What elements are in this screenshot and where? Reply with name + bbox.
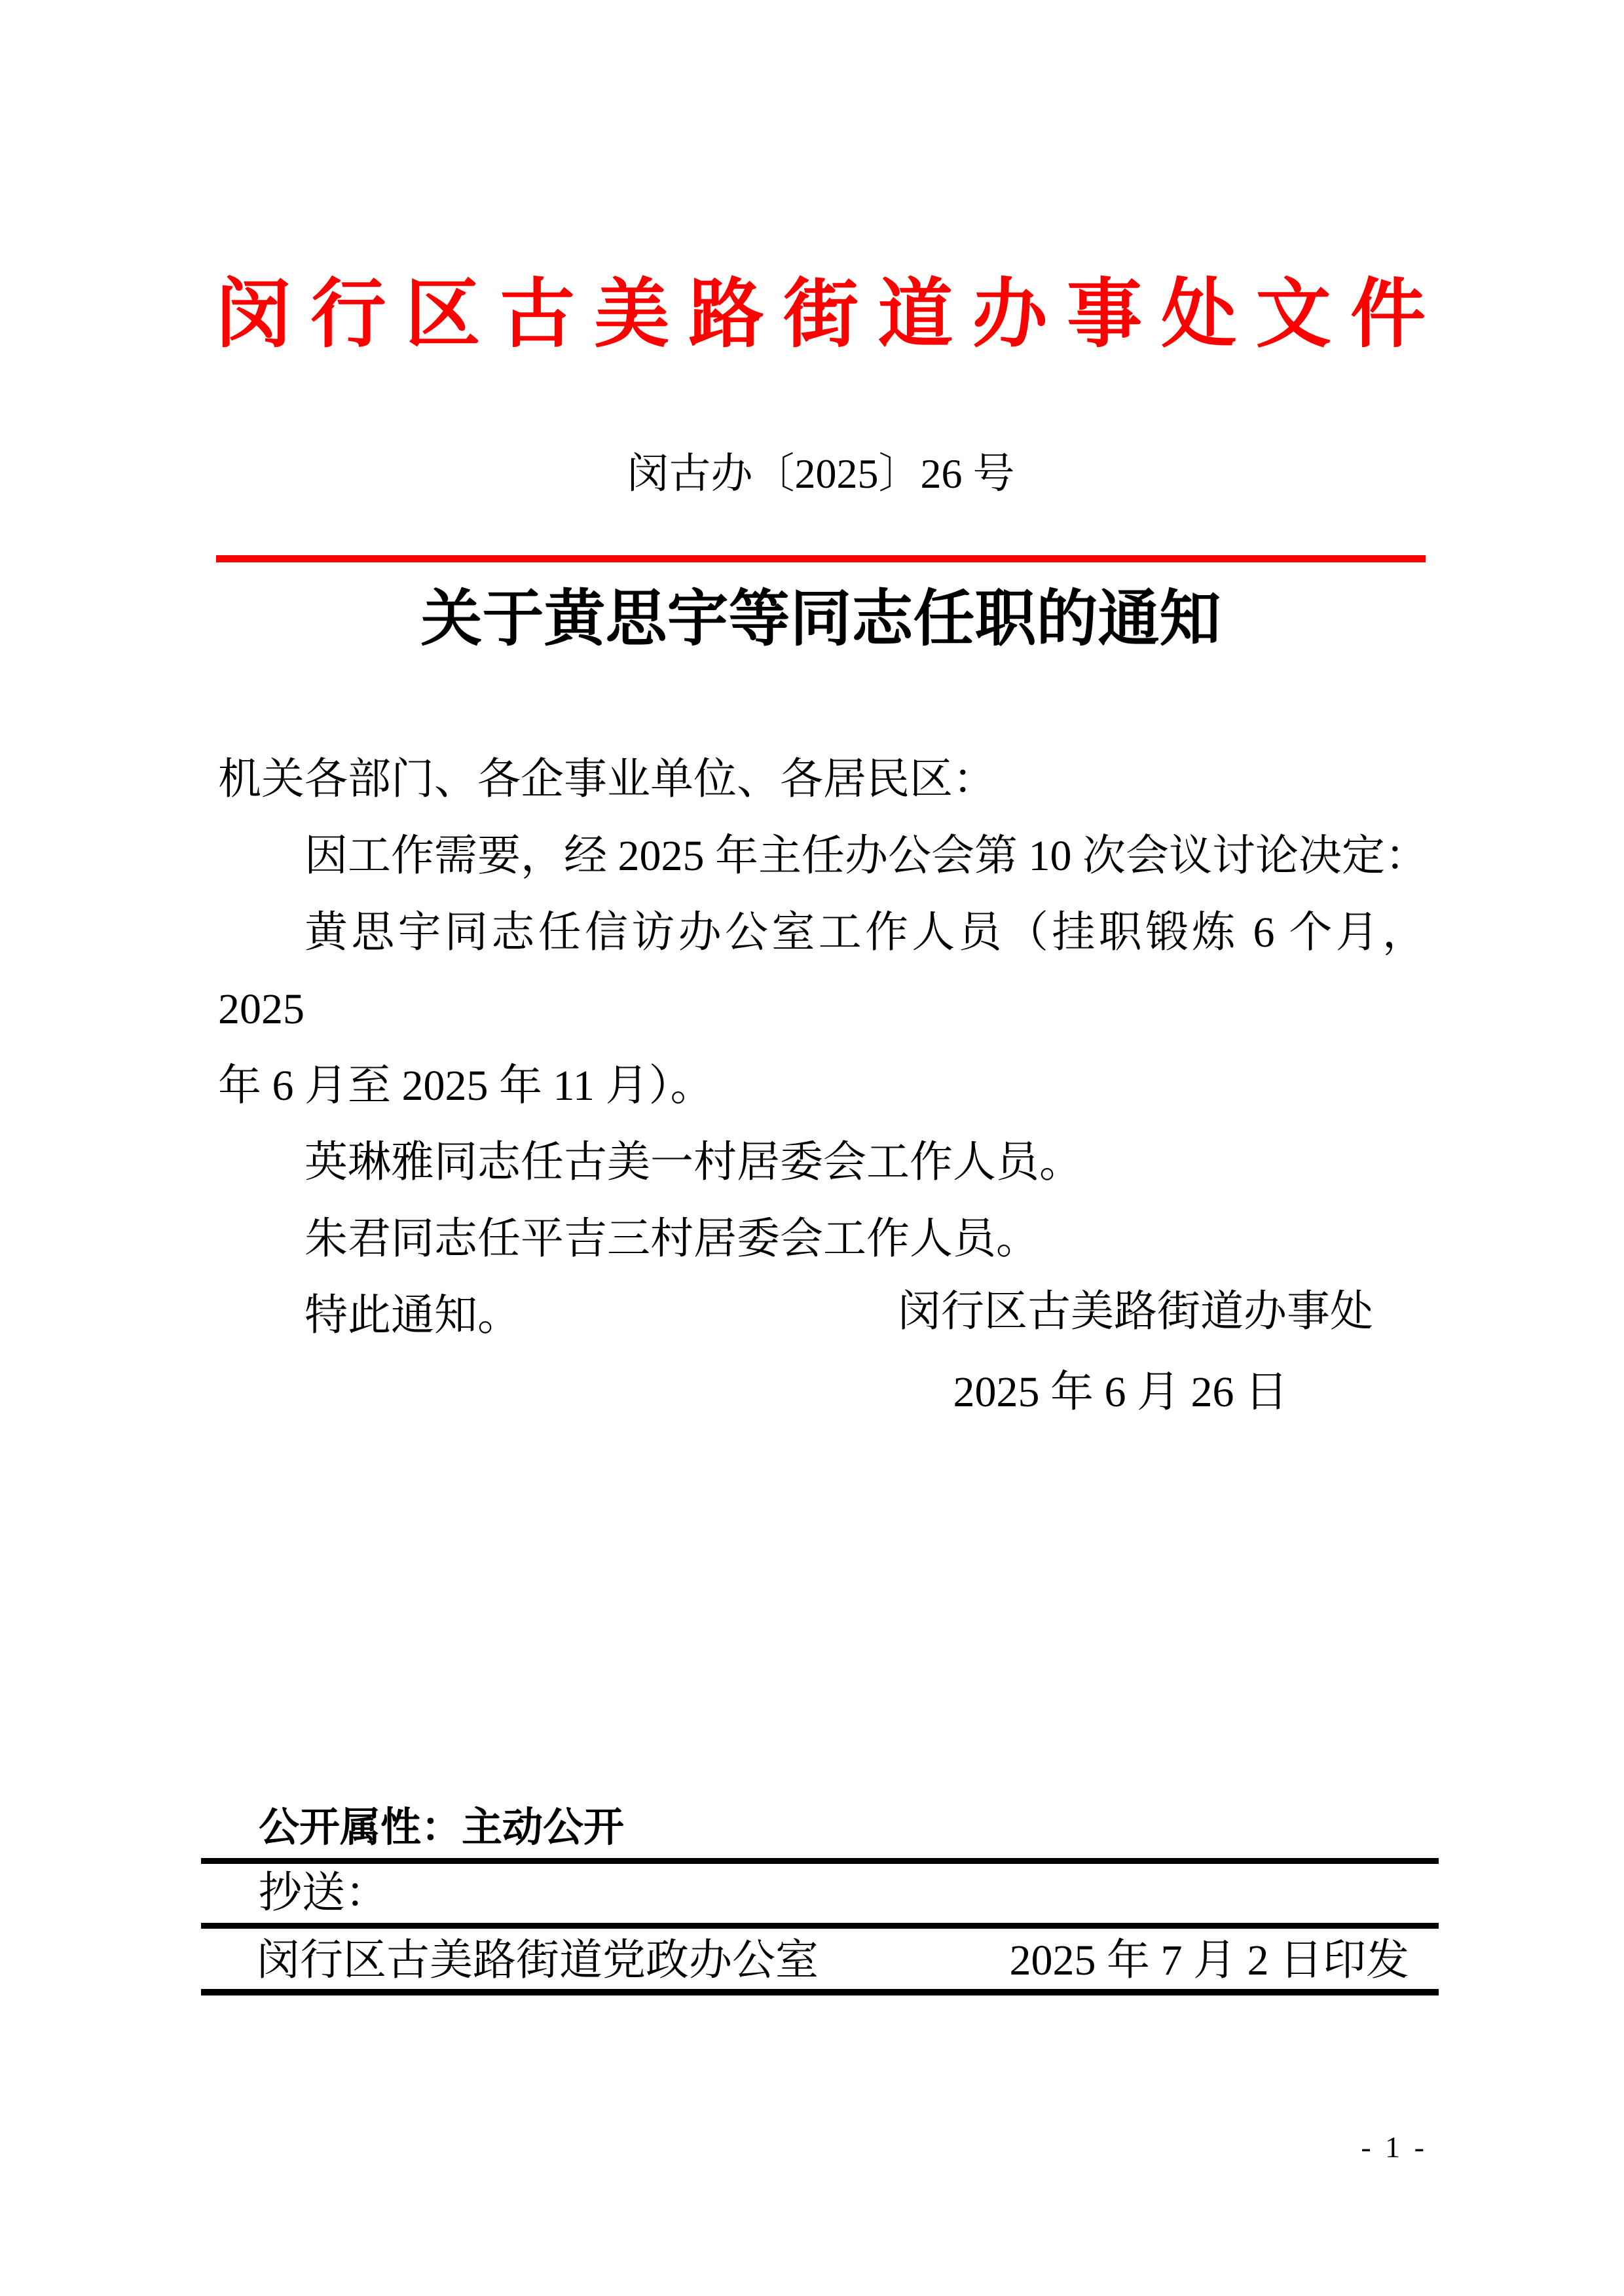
letterhead-divider-line — [216, 555, 1426, 562]
signature-org: 闵行区古美路街道办事处 — [218, 1273, 1426, 1350]
notice-body: 机关各部门、各企事业单位、各居民区： 因工作需要，经 2025 年主任办公会第 … — [218, 741, 1426, 1354]
body-line-appointment-1a: 黄思宇同志任信访办公室工作人员（挂职锻炼 6 个月，2025 — [218, 894, 1426, 1048]
signature-date: 2025 年 6 月 26 日 — [218, 1354, 1426, 1430]
footer-divider-middle — [201, 1923, 1439, 1929]
footer-divider-top — [201, 1858, 1439, 1864]
print-date: 2025 年 7 月 2 日印发 — [1010, 1935, 1410, 1987]
body-line-appointment-1b: 年 6 月至 2025 年 11 月）。 — [218, 1048, 1426, 1124]
body-line-appointment-2: 英琳雅同志任古美一村居委会工作人员。 — [218, 1124, 1426, 1201]
issuing-office: 闵行区古美路街道党政办公室 — [257, 1935, 819, 1987]
cc-label: 抄送： — [201, 1867, 1439, 1920]
body-line-appointment-3: 朱君同志任平吉三村居委会工作人员。 — [218, 1201, 1426, 1277]
official-document-page: 闵行区古美路街道办事处文件 闵古办〔2025〕26 号 关于黄思宇等同志任职的通… — [0, 0, 1624, 2296]
page-number: - 1 - — [1361, 2129, 1428, 2165]
footer-divider-bottom — [201, 1989, 1439, 1995]
letterhead-org-title: 闵行区古美路街道办事处文件 — [216, 274, 1426, 357]
disclosure-attribute-label: 公开属性：主动公开 — [201, 1802, 1439, 1854]
issuance-row: 闵行区古美路街道党政办公室 2025 年 7 月 2 日印发 — [201, 1935, 1439, 1987]
body-line-salutation: 机关各部门、各企事业单位、各居民区： — [218, 741, 1426, 818]
body-line-decision: 因工作需要，经 2025 年主任办公会第 10 次会议讨论决定： — [218, 818, 1426, 894]
document-number: 闵古办〔2025〕26 号 — [216, 449, 1426, 500]
notice-title: 关于黄思宇等同志任职的通知 — [216, 583, 1426, 656]
